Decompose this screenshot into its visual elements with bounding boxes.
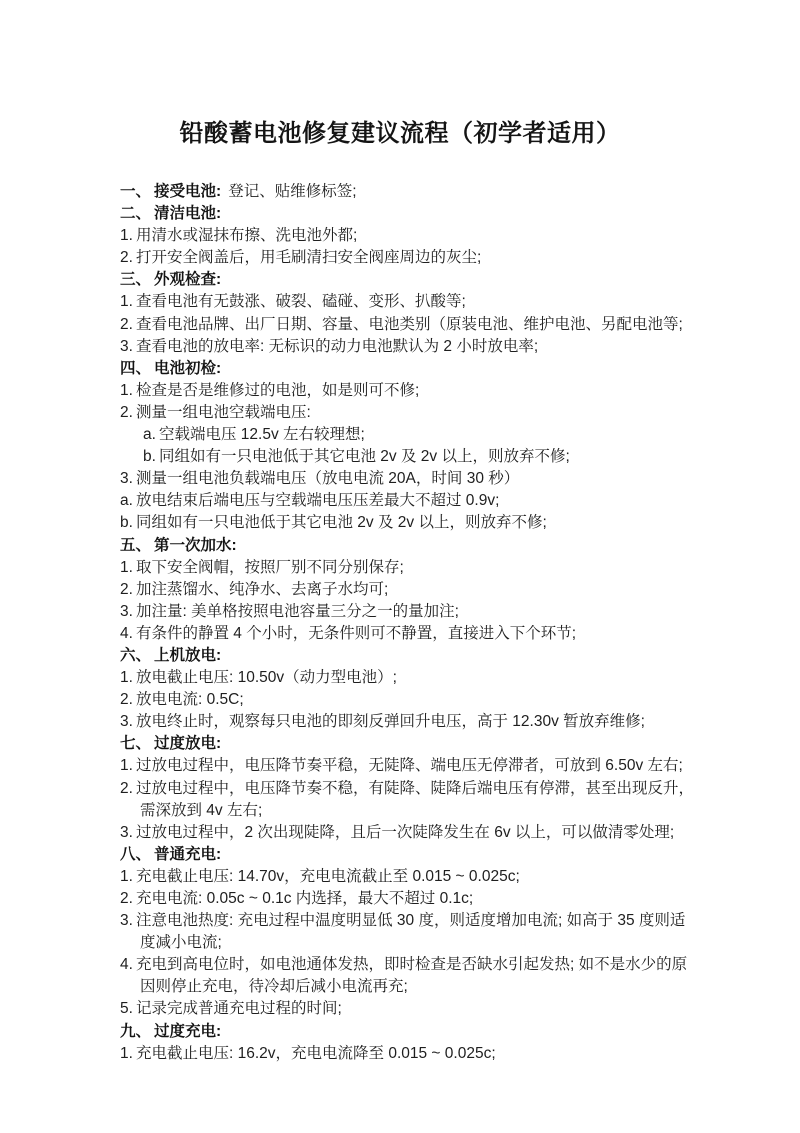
doc-line-marker: 2. bbox=[120, 778, 136, 800]
doc-line-text: 需深放到 4v 左右; bbox=[140, 802, 262, 819]
doc-line: 3.放电终止时，观察每只电池的即刻反弹回升电压，高于 12.30v 暂放弃维修; bbox=[120, 711, 705, 733]
doc-line-text: 充电到高电位时，如电池通体发热，即时检查是否缺水引起发热; 如不是水少的原 bbox=[136, 956, 687, 973]
doc-line-text: 查看电池有无鼓涨、破裂、磕碰、变形、扒酸等; bbox=[136, 293, 466, 310]
doc-line-marker: 四、 bbox=[120, 358, 151, 380]
doc-line-text: 测量一组电池负载端电压（放电电流 20A，时间 30 秒） bbox=[136, 470, 519, 487]
doc-line: 六、上机放电: bbox=[120, 645, 705, 667]
doc-line-marker: 一、 bbox=[120, 181, 151, 203]
doc-line: 1.取下安全阀帽，按照厂别不同分别保存; bbox=[120, 557, 705, 579]
doc-line-heading-label: 普通充电: bbox=[154, 846, 221, 863]
doc-line-text: 检查是否是维修过的电池，如是则可不修; bbox=[136, 382, 419, 399]
doc-line-marker: 2. bbox=[120, 579, 136, 601]
doc-line: 2.查看电池品牌、出厂日期、容量、电池类别（原装电池、维护电池、另配电池等; bbox=[120, 314, 705, 336]
doc-line: 七、过度放电: bbox=[120, 733, 705, 755]
doc-line-marker: 5. bbox=[120, 998, 136, 1020]
doc-line-marker: 1. bbox=[120, 380, 136, 402]
doc-line-text: 过放电过程中，电压降节奏不稳，有陡降、陡降后端电压有停滞，甚至出现反升， bbox=[136, 780, 694, 797]
doc-line: 1.用清水或湿抹布擦、洗电池外都; bbox=[120, 225, 705, 247]
doc-line-text: 用清水或湿抹布擦、洗电池外都; bbox=[136, 227, 357, 244]
doc-line-text: 充电电流: 0.05c ~ 0.1c 内选择，最大不超过 0.1c; bbox=[136, 890, 473, 907]
doc-line: 2.测量一组电池空载端电压: bbox=[120, 402, 705, 424]
doc-line: 三、外观检查: bbox=[120, 269, 705, 291]
doc-line-text: 充电截止电压: 16.2v，充电电流降至 0.015 ~ 0.025c; bbox=[136, 1045, 496, 1062]
doc-line: b.同组如有一只电池低于其它电池 2v 及 2v 以上，则放弃不修; bbox=[120, 512, 705, 534]
doc-line-text: 查看电池的放电率: 无标识的动力电池默认为 2 小时放电率; bbox=[136, 338, 538, 355]
doc-line-marker: 二、 bbox=[120, 203, 151, 225]
doc-line-marker: a. bbox=[143, 424, 159, 446]
doc-line: 2.充电电流: 0.05c ~ 0.1c 内选择，最大不超过 0.1c; bbox=[120, 888, 705, 910]
doc-line: 八、普通充电: bbox=[120, 844, 705, 866]
doc-line-marker: 1. bbox=[120, 557, 136, 579]
document-page: 铅酸蓄电池修复建议流程（初学者适用） 一、接受电池:登记、贴维修标签;二、清洁电… bbox=[0, 0, 800, 1133]
doc-line-text: 登记、贴维修标签; bbox=[228, 183, 356, 200]
doc-line-marker: 五、 bbox=[120, 535, 151, 557]
doc-line: 五、第一次加水: bbox=[120, 535, 705, 557]
doc-line-text: 充电截止电压: 14.70v，充电电流截止至 0.015 ~ 0.025c; bbox=[136, 868, 520, 885]
doc-line-heading-label: 第一次加水: bbox=[154, 537, 237, 554]
doc-line: 4.有条件的静置 4 个小时，无条件则可不静置，直接进入下个环节; bbox=[120, 623, 705, 645]
doc-line-marker: 2. bbox=[120, 888, 136, 910]
doc-line-marker: 3. bbox=[120, 711, 136, 733]
doc-line-marker: 1. bbox=[120, 1043, 136, 1065]
doc-line: 2.放电电流: 0.5C; bbox=[120, 689, 705, 711]
doc-line: 二、清洁电池: bbox=[120, 203, 705, 225]
doc-line: 1.充电截止电压: 14.70v，充电电流截止至 0.015 ~ 0.025c; bbox=[120, 866, 705, 888]
doc-line: b.同组如有一只电池低于其它电池 2v 及 2v 以上，则放弃不修; bbox=[120, 446, 705, 468]
doc-line-text: 空载端电压 12.5v 左右较理想; bbox=[159, 426, 365, 443]
doc-line-text: 记录完成普通充电过程的时间; bbox=[136, 1000, 342, 1017]
doc-line-heading-label: 过度放电: bbox=[154, 735, 221, 752]
doc-line-text: 有条件的静置 4 个小时，无条件则可不静置，直接进入下个环节; bbox=[136, 625, 576, 642]
doc-line-marker: 1. bbox=[120, 291, 136, 313]
doc-line-marker: 3. bbox=[120, 336, 136, 358]
document-title: 铅酸蓄电池修复建议流程（初学者适用） bbox=[0, 0, 800, 152]
doc-line: 度减小电流; bbox=[120, 932, 705, 954]
doc-line-text: 取下安全阀帽，按照厂别不同分别保存; bbox=[136, 559, 404, 576]
doc-line-marker: a. bbox=[120, 490, 136, 512]
doc-line-marker: 3. bbox=[120, 910, 136, 932]
doc-line-marker: 七、 bbox=[120, 733, 151, 755]
doc-line: 3.测量一组电池负载端电压（放电电流 20A，时间 30 秒） bbox=[120, 468, 705, 490]
doc-line-marker: 三、 bbox=[120, 269, 151, 291]
doc-line-text: 过放电过程中，2 次出现陡降，且后一次陡降发生在 6v 以上，可以做清零处理; bbox=[136, 824, 674, 841]
doc-line: 3.过放电过程中，2 次出现陡降，且后一次陡降发生在 6v 以上，可以做清零处理… bbox=[120, 822, 705, 844]
doc-line-heading-label: 过度充电: bbox=[154, 1023, 221, 1040]
doc-line-marker: 4. bbox=[120, 954, 136, 976]
doc-line-text: 同组如有一只电池低于其它电池 2v 及 2v 以上，则放弃不修; bbox=[159, 448, 570, 465]
doc-line-marker: 八、 bbox=[120, 844, 151, 866]
doc-line: 3.加注量: 美单格按照电池容量三分之一的量加注; bbox=[120, 601, 705, 623]
doc-line-marker: 九、 bbox=[120, 1021, 151, 1043]
doc-line-marker: 2. bbox=[120, 689, 136, 711]
doc-line: 2.加注蒸馏水、纯净水、去离子水均可; bbox=[120, 579, 705, 601]
doc-line-marker: b. bbox=[120, 512, 136, 534]
doc-line-text: 放电电流: 0.5C; bbox=[136, 691, 244, 708]
doc-line: 3.注意电池热度: 充电过程中温度明显低 30 度，则适度增加电流; 如高于 3… bbox=[120, 910, 705, 932]
doc-line: 4.充电到高电位时，如电池通体发热，即时检查是否缺水引起发热; 如不是水少的原 bbox=[120, 954, 705, 976]
doc-line-text: 过放电过程中，电压降节奏平稳，无陡降、端电压无停滞者，可放到 6.50v 左右; bbox=[136, 757, 683, 774]
doc-line-marker: 六、 bbox=[120, 645, 151, 667]
doc-line-heading-label: 外观检查: bbox=[154, 271, 221, 288]
doc-line: 九、过度充电: bbox=[120, 1021, 705, 1043]
doc-line-text: 放电终止时，观察每只电池的即刻反弹回升电压，高于 12.30v 暂放弃维修; bbox=[136, 713, 645, 730]
doc-line-marker: 4. bbox=[120, 623, 136, 645]
doc-line: 因则停止充电，待冷却后减小电流再充; bbox=[120, 976, 705, 998]
doc-line-text: 因则停止充电，待冷却后减小电流再充; bbox=[140, 978, 408, 995]
doc-line-text: 注意电池热度: 充电过程中温度明显低 30 度，则适度增加电流; 如高于 35 … bbox=[136, 912, 685, 929]
doc-line-text: 查看电池品牌、出厂日期、容量、电池类别（原装电池、维护电池、另配电池等; bbox=[136, 316, 683, 333]
doc-line: a.空载端电压 12.5v 左右较理想; bbox=[120, 424, 705, 446]
doc-line-marker: 2. bbox=[120, 314, 136, 336]
doc-line-text: 度减小电流; bbox=[140, 934, 222, 951]
doc-line: 2.打开安全阀盖后，用毛刷清扫安全阀座周边的灰尘; bbox=[120, 247, 705, 269]
doc-line: 1.查看电池有无鼓涨、破裂、磕碰、变形、扒酸等; bbox=[120, 291, 705, 313]
doc-line-text: 放电结束后端电压与空载端电压压差最大不超过 0.9v; bbox=[136, 492, 499, 509]
doc-line-text: 测量一组电池空载端电压: bbox=[136, 404, 311, 421]
doc-line-marker: 3. bbox=[120, 601, 136, 623]
doc-line: 一、接受电池:登记、贴维修标签; bbox=[120, 181, 705, 203]
doc-line-text: 加注蒸馏水、纯净水、去离子水均可; bbox=[136, 581, 388, 598]
doc-line: 1.放电截止电压: 10.50v（动力型电池）; bbox=[120, 667, 705, 689]
doc-line: 1.检查是否是维修过的电池，如是则可不修; bbox=[120, 380, 705, 402]
doc-line-marker: 1. bbox=[120, 225, 136, 247]
doc-line-text: 放电截止电压: 10.50v（动力型电池）; bbox=[136, 669, 397, 686]
doc-line: a.放电结束后端电压与空载端电压压差最大不超过 0.9v; bbox=[120, 490, 705, 512]
document-body: 一、接受电池:登记、贴维修标签;二、清洁电池:1.用清水或湿抹布擦、洗电池外都;… bbox=[120, 181, 705, 1065]
doc-line: 3.查看电池的放电率: 无标识的动力电池默认为 2 小时放电率; bbox=[120, 336, 705, 358]
doc-line-marker: 1. bbox=[120, 755, 136, 777]
doc-line-marker: 3. bbox=[120, 822, 136, 844]
doc-line-marker: 3. bbox=[120, 468, 136, 490]
doc-line-text: 同组如有一只电池低于其它电池 2v 及 2v 以上，则放弃不修; bbox=[136, 514, 547, 531]
doc-line-heading-label: 上机放电: bbox=[154, 647, 221, 664]
doc-line: 2.过放电过程中，电压降节奏不稳，有陡降、陡降后端电压有停滞，甚至出现反升， bbox=[120, 778, 705, 800]
doc-line-marker: 1. bbox=[120, 866, 136, 888]
doc-line: 四、电池初检: bbox=[120, 358, 705, 380]
doc-line-marker: 2. bbox=[120, 247, 136, 269]
doc-line: 1.充电截止电压: 16.2v，充电电流降至 0.015 ~ 0.025c; bbox=[120, 1043, 705, 1065]
doc-line-text: 打开安全阀盖后，用毛刷清扫安全阀座周边的灰尘; bbox=[136, 249, 481, 266]
doc-line-text: 加注量: 美单格按照电池容量三分之一的量加注; bbox=[136, 603, 459, 620]
doc-line-heading-label: 清洁电池: bbox=[154, 205, 221, 222]
doc-line-marker: b. bbox=[143, 446, 159, 468]
doc-line: 需深放到 4v 左右; bbox=[120, 800, 705, 822]
doc-line-heading-label: 电池初检: bbox=[154, 360, 221, 377]
doc-line-marker: 1. bbox=[120, 667, 136, 689]
doc-line: 5.记录完成普通充电过程的时间; bbox=[120, 998, 705, 1020]
doc-line: 1.过放电过程中，电压降节奏平稳，无陡降、端电压无停滞者，可放到 6.50v 左… bbox=[120, 755, 705, 777]
doc-line-marker: 2. bbox=[120, 402, 136, 424]
doc-line-heading-label: 接受电池: bbox=[154, 183, 221, 200]
